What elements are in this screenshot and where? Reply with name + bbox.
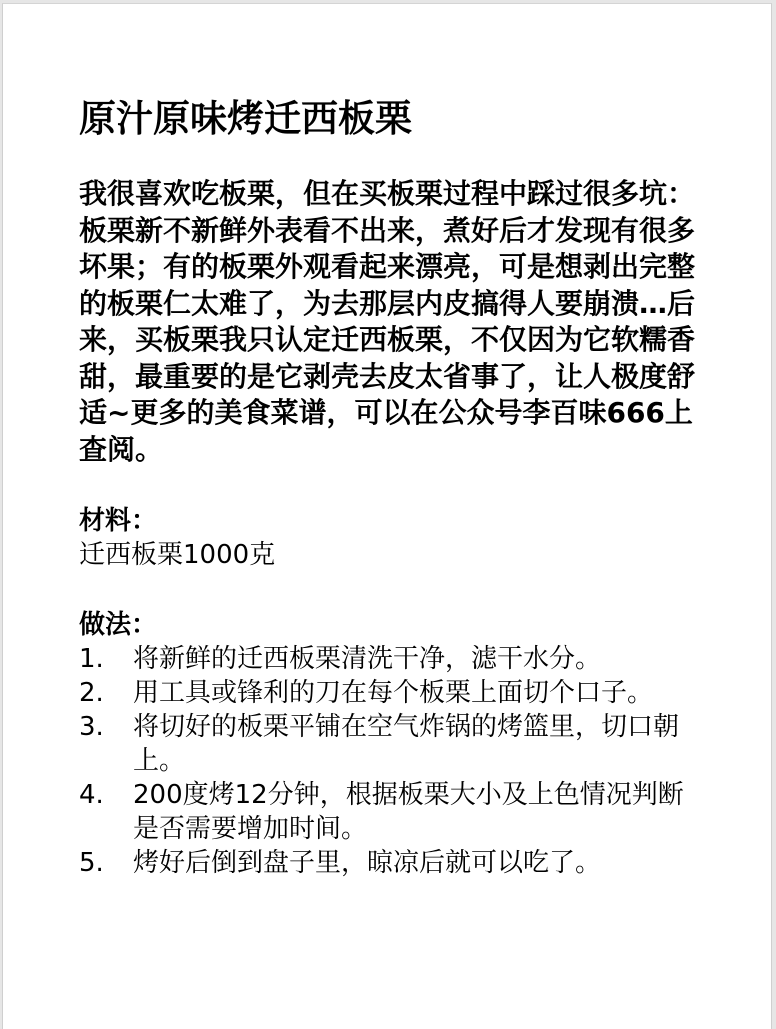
- method-steps-list: 1. 将新鲜的迁西板栗清洗干净，滤干水分。 2. 用工具或锋利的刀在每个板栗上面…: [79, 642, 704, 880]
- step-number: 2.: [79, 676, 133, 710]
- ingredient-item: 迁西板栗1000克: [79, 538, 719, 572]
- step-number: 5.: [79, 846, 133, 880]
- step-text: 将切好的板栗平铺在空气炸锅的烤篮里，切口朝上。: [133, 710, 704, 778]
- step-number: 3.: [79, 710, 133, 778]
- method-step: 3. 将切好的板栗平铺在空气炸锅的烤篮里，切口朝上。: [79, 710, 704, 778]
- method-heading: 做法：: [79, 608, 719, 642]
- step-text: 烤好后倒到盘子里，晾凉后就可以吃了。: [133, 846, 704, 880]
- method-step: 4. 200度烤12分钟，根据板栗大小及上色情况判断是否需要增加时间。: [79, 778, 704, 846]
- step-number: 4.: [79, 778, 133, 846]
- document-content: 原汁原味烤迁西板栗 我很喜欢吃板栗，但在买板栗过程中踩过很多坑：板栗新不新鲜外表…: [79, 92, 719, 880]
- method-section: 做法： 1. 将新鲜的迁西板栗清洗干净，滤干水分。 2. 用工具或锋利的刀在每个…: [79, 608, 719, 880]
- ingredients-heading: 材料：: [79, 504, 719, 538]
- step-text: 将新鲜的迁西板栗清洗干净，滤干水分。: [133, 642, 704, 676]
- recipe-intro: 我很喜欢吃板栗，但在买板栗过程中踩过很多坑：板栗新不新鲜外表看不出来，煮好后才发…: [79, 176, 699, 468]
- method-step: 5. 烤好后倒到盘子里，晾凉后就可以吃了。: [79, 846, 704, 880]
- method-step: 2. 用工具或锋利的刀在每个板栗上面切个口子。: [79, 676, 704, 710]
- ingredients-section: 材料： 迁西板栗1000克: [79, 504, 719, 572]
- document-page: 原汁原味烤迁西板栗 我很喜欢吃板栗，但在买板栗过程中踩过很多坑：板栗新不新鲜外表…: [2, 3, 772, 1029]
- step-text: 用工具或锋利的刀在每个板栗上面切个口子。: [133, 676, 704, 710]
- step-text: 200度烤12分钟，根据板栗大小及上色情况判断是否需要增加时间。: [133, 778, 704, 846]
- method-step: 1. 将新鲜的迁西板栗清洗干净，滤干水分。: [79, 642, 704, 676]
- step-number: 1.: [79, 642, 133, 676]
- recipe-title: 原汁原味烤迁西板栗: [79, 92, 719, 146]
